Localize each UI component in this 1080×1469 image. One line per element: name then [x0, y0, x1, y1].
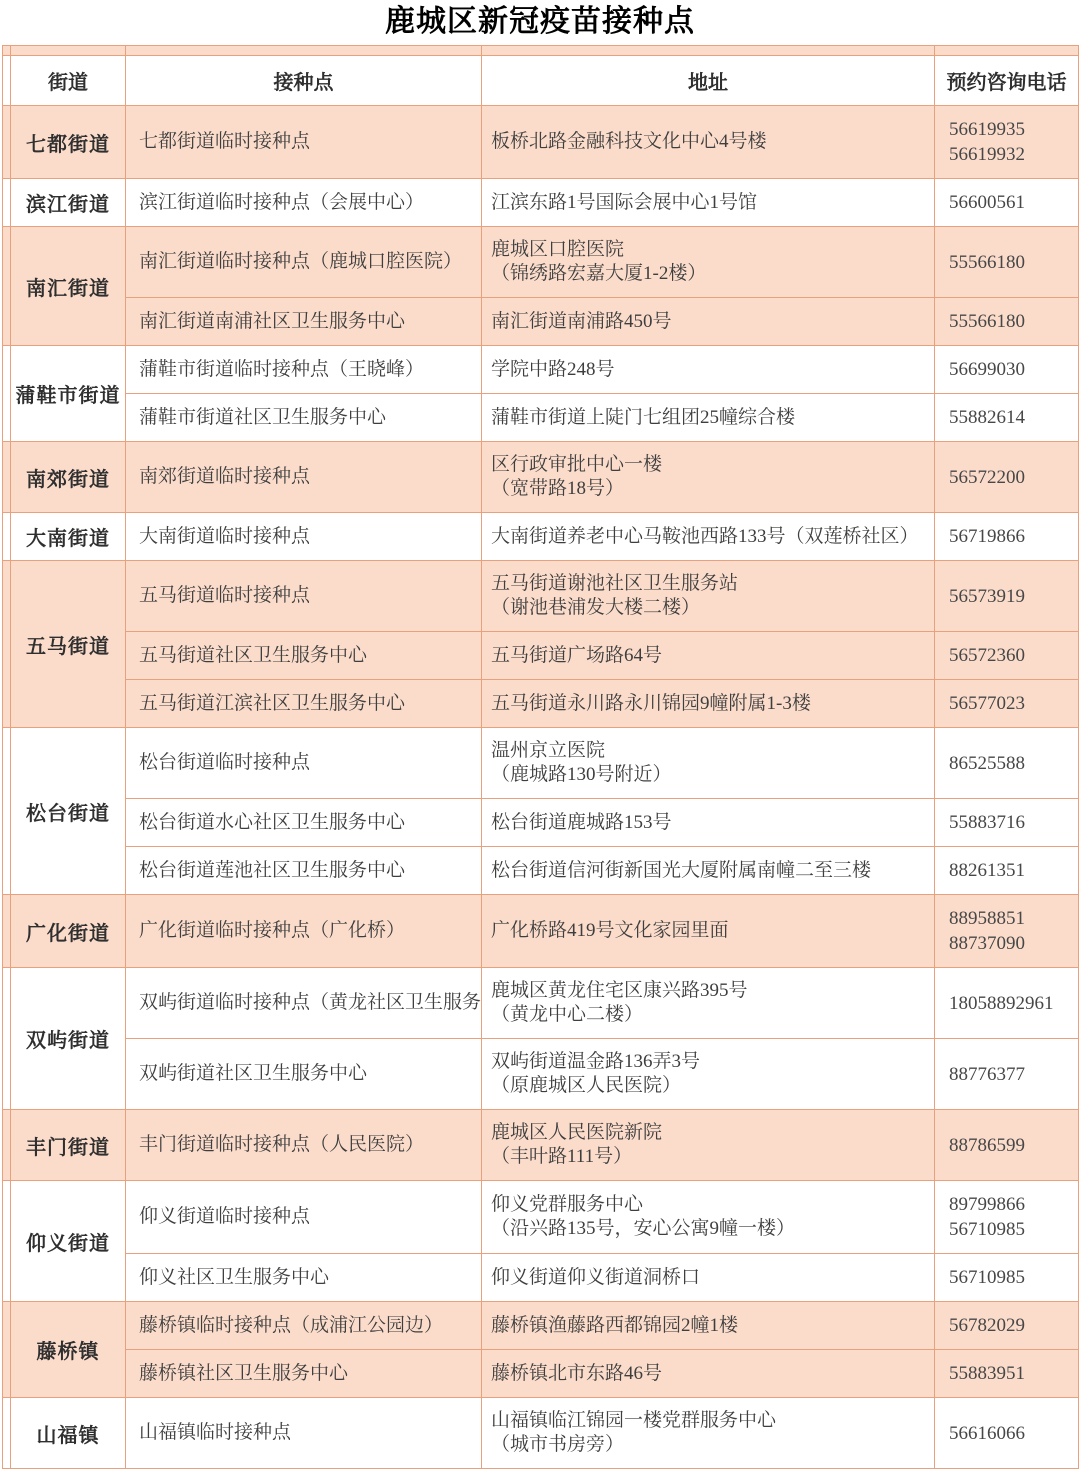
table-row: 松台街道莲池社区卫生服务中心 松台街道信河街新国光大厦附属南幢二至三楼 8826…	[3, 847, 1079, 895]
address-cell: 南汇街道南浦路450号	[482, 298, 935, 346]
address-cell: 广化桥路419号文化家园里面	[482, 895, 935, 968]
site-cell: 松台街道水心社区卫生服务中心	[126, 799, 482, 847]
phone-cell: 56619935 56619932	[935, 106, 1079, 179]
site-cell: 双屿街道临时接种点（黄龙社区卫生服务	[126, 968, 482, 1039]
address-cell: 鹿城区人民医院新院 （丰叶路111号）	[482, 1110, 935, 1181]
address-cell: 仰义街道仰义街道洞桥口	[482, 1254, 935, 1302]
table-row: 滨江街道 滨江街道临时接种点（会展中心） 江滨东路1号国际会展中心1号馆 566…	[3, 179, 1079, 227]
site-cell: 松台街道莲池社区卫生服务中心	[126, 847, 482, 895]
page-title: 鹿城区新冠疫苗接种点	[0, 0, 1080, 45]
phone-cell: 56616066	[935, 1398, 1079, 1469]
address-cell: 学院中路248号	[482, 346, 935, 394]
address-cell: 藤桥镇渔藤路西都锦园2幢1楼	[482, 1302, 935, 1350]
street-cell: 七都街道	[11, 106, 126, 179]
site-cell: 滨江街道临时接种点（会展中心）	[126, 179, 482, 227]
table-row: 丰门街道 丰门街道临时接种点（人民医院） 鹿城区人民医院新院 （丰叶路111号）…	[3, 1110, 1079, 1181]
site-cell: 五马街道社区卫生服务中心	[126, 632, 482, 680]
address-cell: 区行政审批中心一楼 （宽带路18号）	[482, 442, 935, 513]
table-row: 南汇街道南浦社区卫生服务中心 南汇街道南浦路450号 55566180	[3, 298, 1079, 346]
phone-cell: 56577023	[935, 680, 1079, 728]
table-row: 七都街道 七都街道临时接种点 板桥北路金融科技文化中心4号楼 56619935 …	[3, 106, 1079, 179]
table-row: 藤桥镇 藤桥镇临时接种点（成浦江公园边） 藤桥镇渔藤路西都锦园2幢1楼 5678…	[3, 1302, 1079, 1350]
table-top-sliver	[3, 46, 1079, 56]
site-cell: 七都街道临时接种点	[126, 106, 482, 179]
phone-cell: 88776377	[935, 1039, 1079, 1110]
address-cell: 大南街道养老中心马鞍池西路133号（双莲桥社区）	[482, 513, 935, 561]
address-cell: 鹿城区黄龙住宅区康兴路395号 （黄龙中心二楼）	[482, 968, 935, 1039]
table-row: 仰义社区卫生服务中心 仰义街道仰义街道洞桥口 56710985	[3, 1254, 1079, 1302]
street-cell: 滨江街道	[11, 179, 126, 227]
phone-cell: 56572360	[935, 632, 1079, 680]
street-cell: 藤桥镇	[11, 1302, 126, 1398]
table-row: 双屿街道社区卫生服务中心 双屿街道温金路136弄3号 （原鹿城区人民医院） 88…	[3, 1039, 1079, 1110]
phone-cell: 89799866 56710985	[935, 1181, 1079, 1254]
address-cell: 板桥北路金融科技文化中心4号楼	[482, 106, 935, 179]
address-cell: 五马街道谢池社区卫生服务站 （谢池巷浦发大楼二楼）	[482, 561, 935, 632]
address-cell: 藤桥镇北市东路46号	[482, 1350, 935, 1398]
site-cell: 仰义街道临时接种点	[126, 1181, 482, 1254]
phone-cell: 56782029	[935, 1302, 1079, 1350]
address-cell: 鹿城区口腔医院 （锦绣路宏嘉大厦1-2楼）	[482, 227, 935, 298]
street-cell: 五马街道	[11, 561, 126, 728]
table-row: 藤桥镇社区卫生服务中心 藤桥镇北市东路46号 55883951	[3, 1350, 1079, 1398]
address-cell: 蒲鞋市街道上陡门七组团25幢综合楼	[482, 394, 935, 442]
phone-cell: 88261351	[935, 847, 1079, 895]
street-cell: 仰义街道	[11, 1181, 126, 1302]
table-row: 五马街道 五马街道临时接种点 五马街道谢池社区卫生服务站 （谢池巷浦发大楼二楼）…	[3, 561, 1079, 632]
phone-cell: 55566180	[935, 227, 1079, 298]
column-header-street: 街道	[11, 56, 126, 106]
phone-cell: 56710985	[935, 1254, 1079, 1302]
phone-cell: 88958851 88737090	[935, 895, 1079, 968]
street-cell: 广化街道	[11, 895, 126, 968]
site-cell: 蒲鞋市街道临时接种点（王晓峰）	[126, 346, 482, 394]
address-cell: 山福镇临江锦园一楼党群服务中心 （城市书房旁）	[482, 1398, 935, 1469]
table-row: 双屿街道 双屿街道临时接种点（黄龙社区卫生服务 鹿城区黄龙住宅区康兴路395号 …	[3, 968, 1079, 1039]
column-header-phone: 预约咨询电话	[935, 56, 1079, 106]
street-cell: 山福镇	[11, 1398, 126, 1469]
address-cell: 五马街道广场路64号	[482, 632, 935, 680]
site-cell: 丰门街道临时接种点（人民医院）	[126, 1110, 482, 1181]
phone-cell: 18058892961	[935, 968, 1079, 1039]
table-row: 五马街道江滨社区卫生服务中心 五马街道永川路永川锦园9幢附属1-3楼 56577…	[3, 680, 1079, 728]
site-cell: 松台街道临时接种点	[126, 728, 482, 799]
table-row: 蒲鞋市街道 蒲鞋市街道临时接种点（王晓峰） 学院中路248号 56699030	[3, 346, 1079, 394]
vaccination-notice-page: 鹿城区新冠疫苗接种点 街道 接种点 地址 预约咨询电话 七都街道 七都街道临时接…	[0, 0, 1080, 1469]
column-header-site: 接种点	[126, 56, 482, 106]
table-row: 大南街道 大南街道临时接种点 大南街道养老中心马鞍池西路133号（双莲桥社区） …	[3, 513, 1079, 561]
site-cell: 山福镇临时接种点	[126, 1398, 482, 1469]
phone-cell: 56699030	[935, 346, 1079, 394]
table-row: 南汇街道 南汇街道临时接种点（鹿城口腔医院） 鹿城区口腔医院 （锦绣路宏嘉大厦1…	[3, 227, 1079, 298]
site-cell: 南汇街道南浦社区卫生服务中心	[126, 298, 482, 346]
address-cell: 双屿街道温金路136弄3号 （原鹿城区人民医院）	[482, 1039, 935, 1110]
address-cell: 松台街道鹿城路153号	[482, 799, 935, 847]
street-cell: 大南街道	[11, 513, 126, 561]
phone-cell: 88786599	[935, 1110, 1079, 1181]
corner-sliver-cell	[3, 56, 11, 106]
site-cell: 仰义社区卫生服务中心	[126, 1254, 482, 1302]
phone-cell: 55566180	[935, 298, 1079, 346]
table-row: 仰义街道 仰义街道临时接种点 仰义党群服务中心 （沿兴路135号，安心公寓9幢一…	[3, 1181, 1079, 1254]
street-cell: 丰门街道	[11, 1110, 126, 1181]
street-cell: 双屿街道	[11, 968, 126, 1110]
phone-cell: 56572200	[935, 442, 1079, 513]
table-row: 松台街道水心社区卫生服务中心 松台街道鹿城路153号 55883716	[3, 799, 1079, 847]
address-cell: 温州京立医院 （鹿城路130号附近）	[482, 728, 935, 799]
address-cell: 仰义党群服务中心 （沿兴路135号，安心公寓9幢一楼）	[482, 1181, 935, 1254]
table-row: 南郊街道 南郊街道临时接种点 区行政审批中心一楼 （宽带路18号） 565722…	[3, 442, 1079, 513]
phone-cell: 55883716	[935, 799, 1079, 847]
table-row: 五马街道社区卫生服务中心 五马街道广场路64号 56572360	[3, 632, 1079, 680]
table-header-row: 街道 接种点 地址 预约咨询电话	[3, 56, 1079, 106]
street-cell: 蒲鞋市街道	[11, 346, 126, 442]
phone-cell: 56600561	[935, 179, 1079, 227]
street-cell: 南汇街道	[11, 227, 126, 346]
site-cell: 藤桥镇临时接种点（成浦江公园边）	[126, 1302, 482, 1350]
table-row: 松台街道 松台街道临时接种点 温州京立医院 （鹿城路130号附近） 865255…	[3, 728, 1079, 799]
site-cell: 广化街道临时接种点（广化桥）	[126, 895, 482, 968]
column-header-address: 地址	[482, 56, 935, 106]
address-cell: 五马街道永川路永川锦园9幢附属1-3楼	[482, 680, 935, 728]
phone-cell: 56573919	[935, 561, 1079, 632]
vaccination-points-table: 街道 接种点 地址 预约咨询电话 七都街道 七都街道临时接种点 板桥北路金融科技…	[2, 45, 1079, 1469]
table-row: 蒲鞋市街道社区卫生服务中心 蒲鞋市街道上陡门七组团25幢综合楼 55882614	[3, 394, 1079, 442]
site-cell: 南汇街道临时接种点（鹿城口腔医院）	[126, 227, 482, 298]
street-cell: 南郊街道	[11, 442, 126, 513]
site-cell: 南郊街道临时接种点	[126, 442, 482, 513]
site-cell: 藤桥镇社区卫生服务中心	[126, 1350, 482, 1398]
address-cell: 江滨东路1号国际会展中心1号馆	[482, 179, 935, 227]
street-cell: 松台街道	[11, 728, 126, 895]
site-cell: 双屿街道社区卫生服务中心	[126, 1039, 482, 1110]
table-row: 广化街道 广化街道临时接种点（广化桥） 广化桥路419号文化家园里面 88958…	[3, 895, 1079, 968]
table-row: 山福镇 山福镇临时接种点 山福镇临江锦园一楼党群服务中心 （城市书房旁） 566…	[3, 1398, 1079, 1469]
address-cell: 松台街道信河街新国光大厦附属南幢二至三楼	[482, 847, 935, 895]
phone-cell: 55883951	[935, 1350, 1079, 1398]
phone-cell: 56719866	[935, 513, 1079, 561]
site-cell: 蒲鞋市街道社区卫生服务中心	[126, 394, 482, 442]
site-cell: 大南街道临时接种点	[126, 513, 482, 561]
phone-cell: 86525588	[935, 728, 1079, 799]
phone-cell: 55882614	[935, 394, 1079, 442]
site-cell: 五马街道临时接种点	[126, 561, 482, 632]
site-cell: 五马街道江滨社区卫生服务中心	[126, 680, 482, 728]
